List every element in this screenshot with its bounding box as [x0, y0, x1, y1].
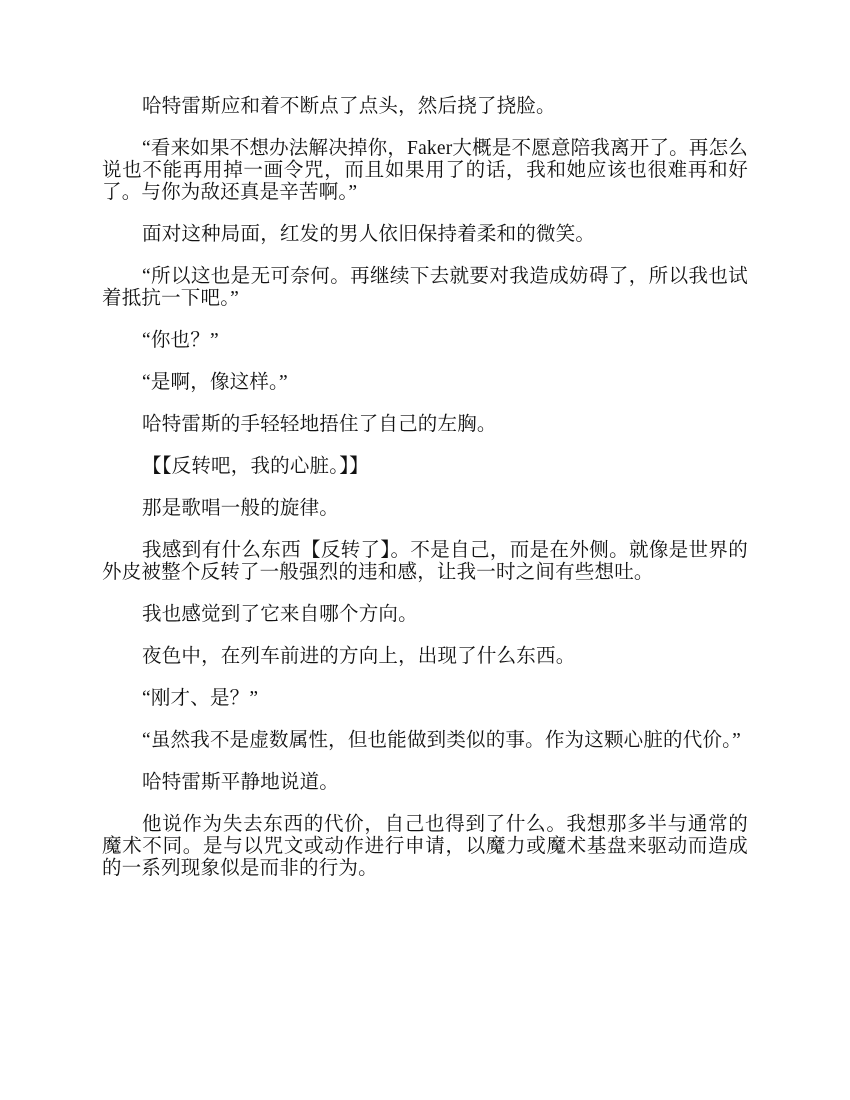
paragraph: 我感到有什么东西【反转了】。不是自己，而是在外侧。就像是世界的外皮被整个反转了一… [102, 540, 748, 584]
paragraph: 那是歌唱一般的旋律。 [102, 498, 748, 520]
paragraph: “刚才、是？” [102, 688, 748, 710]
paragraph: 面对这种局面，红发的男人依旧保持着柔和的微笑。 [102, 224, 748, 246]
document-page: 哈特雷斯应和着不断点了点头，然后挠了挠脸。 “看来如果不想办法解决掉你，Fake… [102, 96, 748, 900]
paragraph: “虽然我不是虚数属性，但也能做到类似的事。作为这颗心脏的代价。” [102, 730, 748, 752]
paragraph: 我也感觉到了它来自哪个方向。 [102, 604, 748, 626]
paragraph: 哈特雷斯平静地说道。 [102, 772, 748, 794]
paragraph: 哈特雷斯的手轻轻地捂住了自己的左胸。 [102, 414, 748, 436]
paragraph: 夜色中，在列车前进的方向上，出现了什么东西。 [102, 646, 748, 668]
paragraph: “是啊，像这样。” [102, 372, 748, 394]
paragraph: “所以这也是无可奈何。再继续下去就要对我造成妨碍了，所以我也试着抵抗一下吧。” [102, 266, 748, 310]
paragraph: 他说作为失去东西的代价，自己也得到了什么。我想那多半与通常的魔术不同。是与以咒文… [102, 814, 748, 880]
paragraph: “你也？” [102, 330, 748, 352]
paragraph: 哈特雷斯应和着不断点了点头，然后挠了挠脸。 [102, 96, 748, 118]
paragraph: 【【反转吧，我的心脏。】】 [102, 456, 748, 478]
paragraph: “看来如果不想办法解决掉你，Faker大概是不愿意陪我离开了。再怎么说也不能再用… [102, 138, 748, 204]
